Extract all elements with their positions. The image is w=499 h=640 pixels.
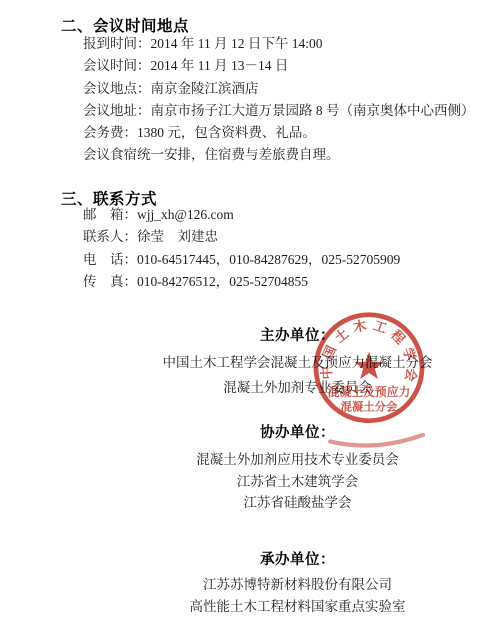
- registration-time-line: 报到时间：2014 年 11 月 12 日下午 14:00: [83, 33, 475, 55]
- undertaker-block: 承办单位： 江苏苏博特新材料股份有限公司 高性能土木工程材料国家重点实验室: [0, 550, 499, 617]
- co-organizer-heading: 协办单位：: [96, 423, 499, 443]
- section-meeting-info-body: 报到时间：2014 年 11 月 12 日下午 14:00 会议时间：2014 …: [83, 33, 475, 167]
- accommodation-note-line: 会议食宿统一安排，住宿费与差旅费自理。: [83, 144, 475, 166]
- undertaker-line: 高性能土木工程材料国家重点实验室: [96, 596, 499, 618]
- co-organizer-lines: 混凝土外加剂应用技术专业委员会 江苏省土木建筑学会 江苏省硅酸盐学会: [96, 449, 499, 514]
- host-organizer-line: 中国土木工程学会混凝土及预应力混凝土分会: [96, 350, 499, 375]
- contact-person-line: 联系人：徐莹 刘建忠: [83, 226, 400, 248]
- co-organizer-line: 江苏省硅酸盐学会: [96, 492, 499, 514]
- meeting-time-line: 会议时间：2014 年 11 月 13－14 日: [83, 55, 475, 77]
- undertaker-heading: 承办单位：: [96, 550, 499, 570]
- host-organizer-heading: 主办单位：: [96, 326, 499, 346]
- seal-bottom-text-2: 混凝土分会: [341, 399, 398, 413]
- co-organizer-line: 混凝土外加剂应用技术专业委员会: [96, 449, 499, 471]
- fax-line: 传 真：010-84276512，025-52704855: [83, 271, 400, 293]
- phone-line: 电 话：010-64517445，010-84287629，025-527059…: [83, 249, 400, 271]
- section-contact-body: 邮 箱：wjj_xh@126.com 联系人：徐莹 刘建忠 电 话：010-64…: [83, 204, 400, 293]
- host-organizer-lines: 中国土木工程学会混凝土及预应力混凝土分会 混凝土外加剂专业委员会: [96, 350, 499, 400]
- undertaker-lines: 江苏苏博特新材料股份有限公司 高性能土木工程材料国家重点实验室: [96, 574, 499, 617]
- email-line: 邮 箱：wjj_xh@126.com: [83, 204, 400, 226]
- meeting-address-line: 会议地址：南京市扬子江大道万景园路 8 号（南京奥体中心西侧）: [83, 100, 475, 122]
- document-page: 二、会议时间地点 报到时间：2014 年 11 月 12 日下午 14:00 会…: [0, 0, 499, 640]
- host-organizer-line: 混凝土外加剂专业委员会: [96, 375, 499, 400]
- meeting-venue-line: 会议地点：南京金陵江滨酒店: [83, 78, 475, 100]
- co-organizer-line: 江苏省土木建筑学会: [96, 471, 499, 493]
- host-organizer-block: 主办单位： 中国土木工程学会混凝土及预应力混凝土分会 混凝土外加剂专业委员会: [0, 326, 499, 400]
- undertaker-line: 江苏苏博特新材料股份有限公司: [96, 574, 499, 596]
- co-organizer-block: 协办单位： 混凝土外加剂应用技术专业委员会 江苏省土木建筑学会 江苏省硅酸盐学会: [0, 423, 499, 514]
- conference-fee-line: 会务费：1380 元，包含资料费、礼品。: [83, 122, 475, 144]
